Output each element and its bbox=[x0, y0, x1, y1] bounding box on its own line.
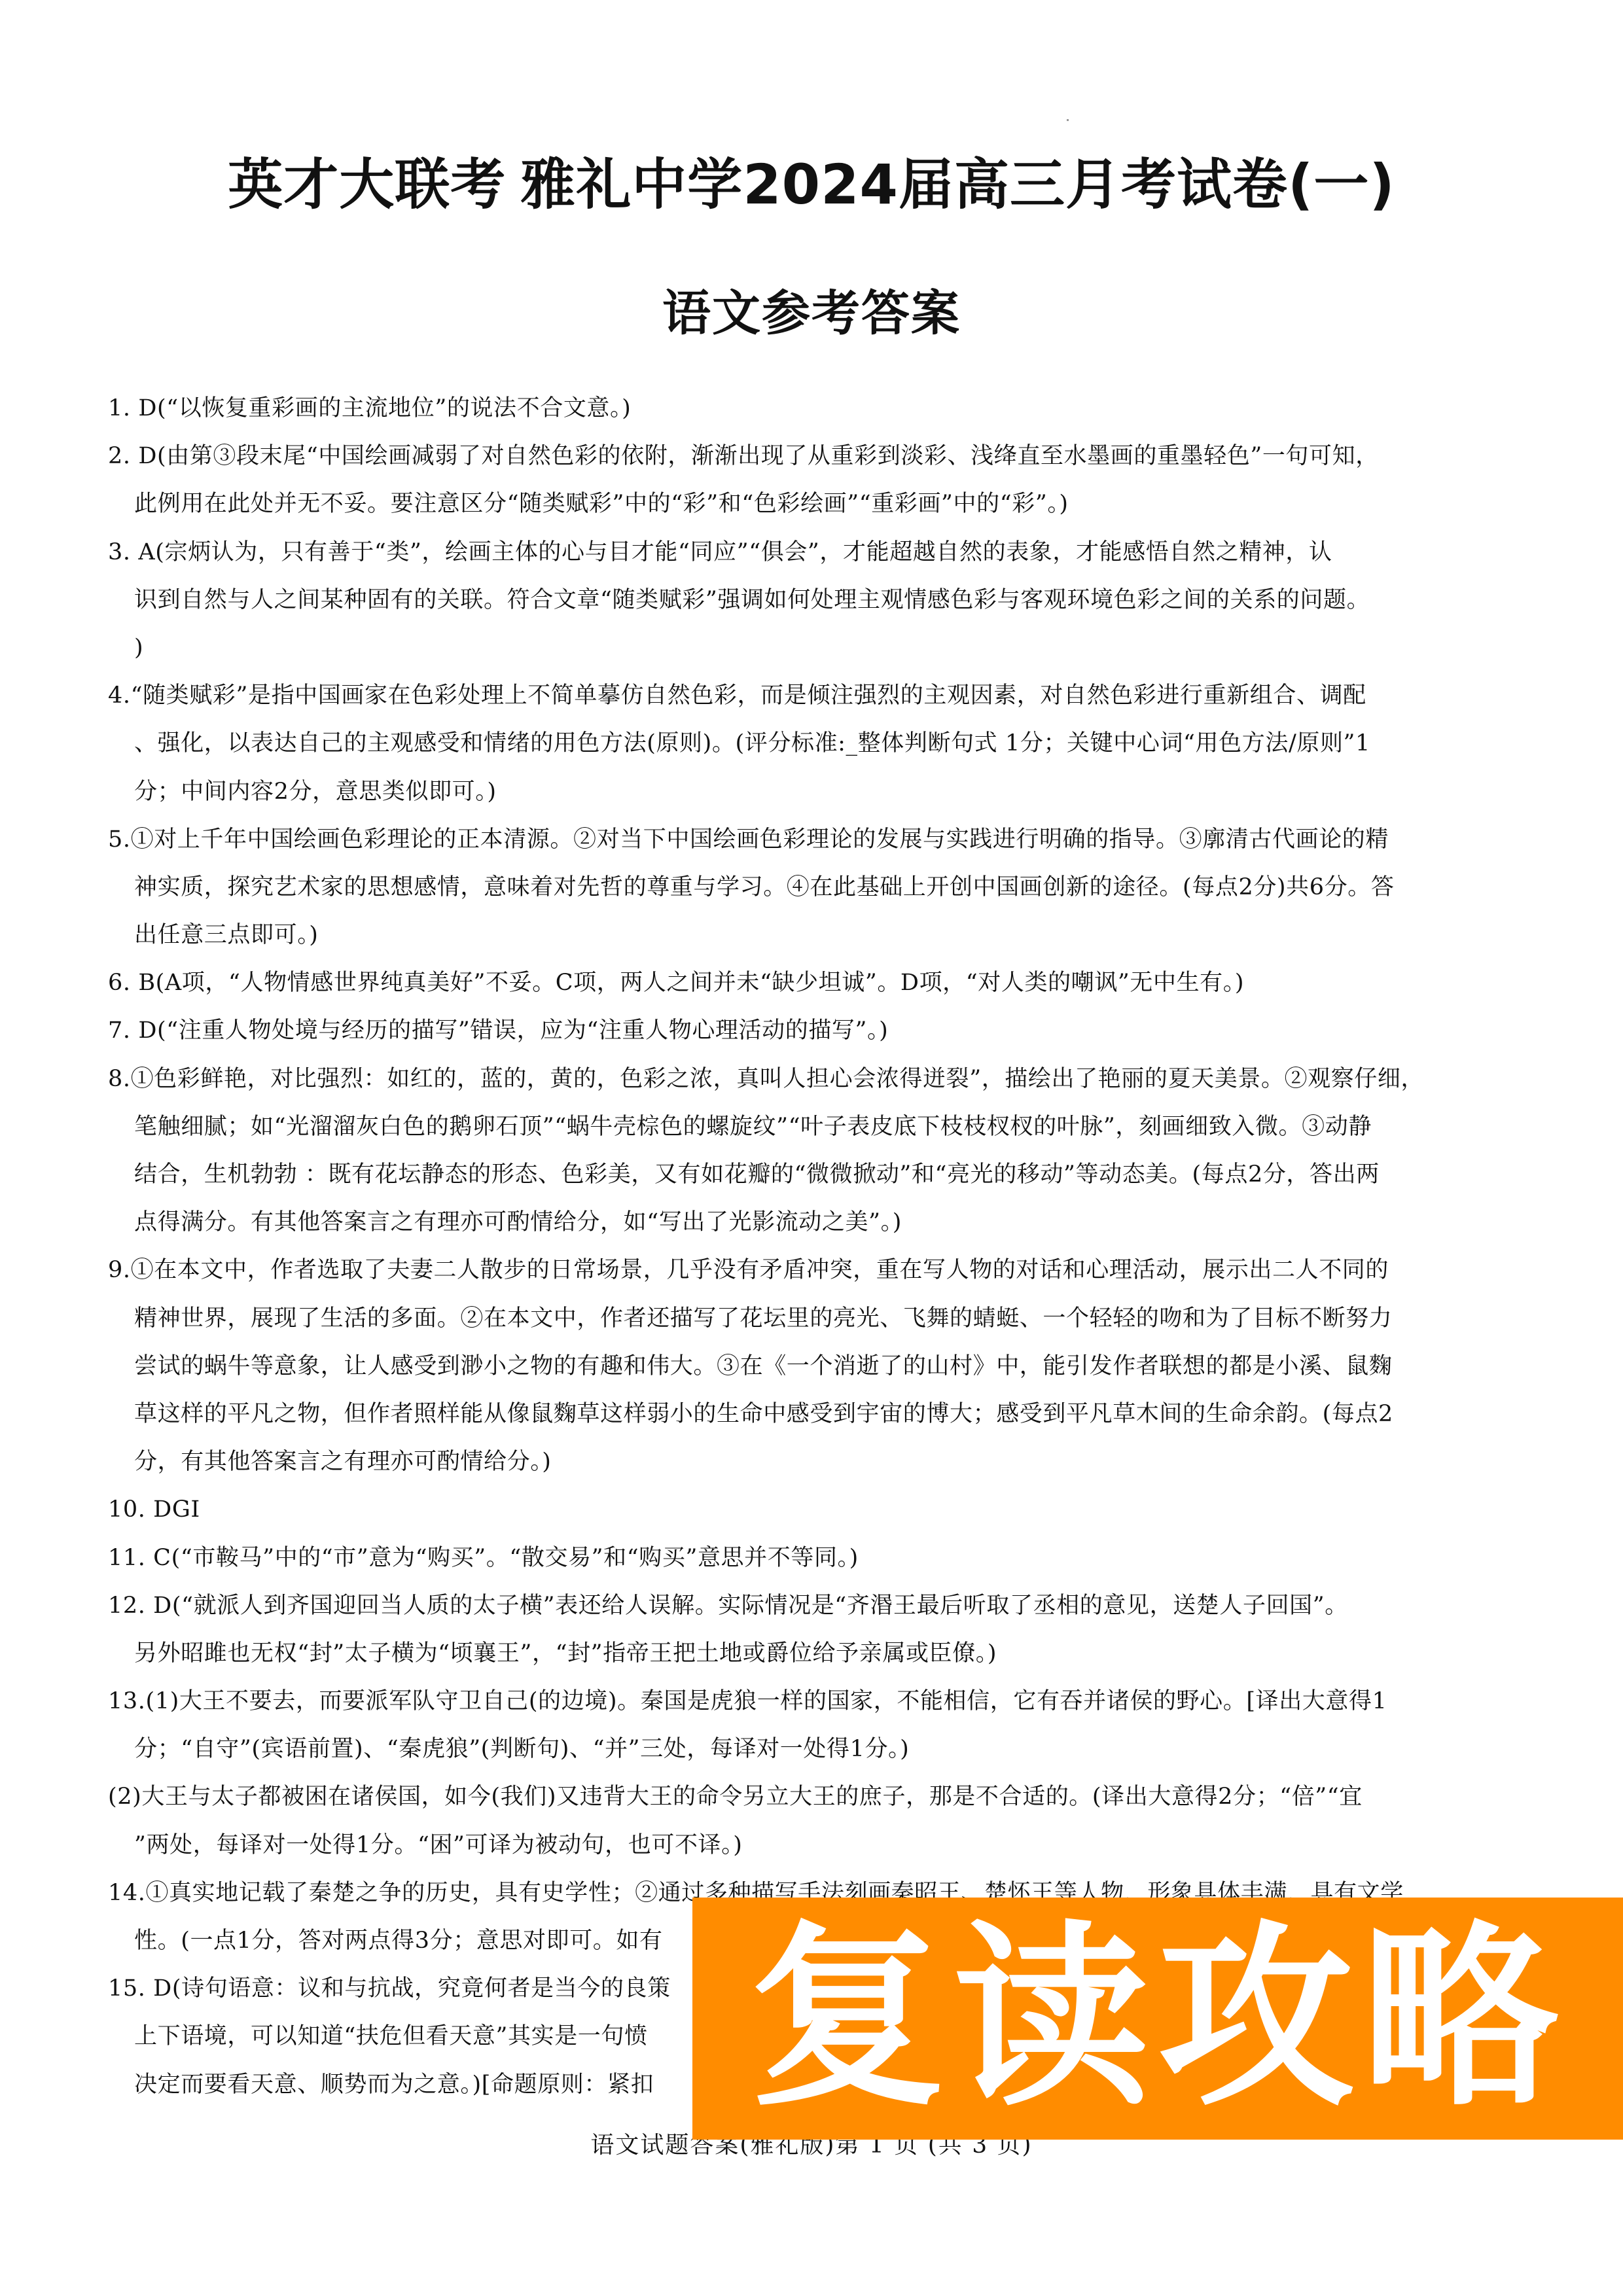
answer-line: 10. DGI bbox=[108, 1486, 1522, 1534]
answer-line-continuation: 神实质，探究艺术家的思想感情，意味着对先哲的尊重与学习。④在此基础上开创中国画创… bbox=[108, 864, 1522, 911]
answer-line-continuation: 结合，生机勃勃 ：既有花坛静态的形态、色彩美，又有如花瓣的“微微掀动”和“亮光的… bbox=[108, 1151, 1522, 1199]
answer-line: 7. D(“注重人物处境与经历的描写”错误，应为“注重人物心理活动的描写”。) bbox=[108, 1007, 1522, 1055]
answer-line-continuation: 草这样的平凡之物，但作者照样能从像鼠麴草这样弱小的生命中感受到宇宙的博大；感受到… bbox=[108, 1390, 1522, 1438]
answer-line-continuation: 精神世界，展现了生活的多面。②在本文中，作者还描写了花坛里的亮光、飞舞的蜻蜓、一… bbox=[108, 1295, 1522, 1343]
answer-line: 3. A(宗炳认为，只有善于“类”，绘画主体的心与目才能“同应”“俱会”，才能超… bbox=[108, 529, 1522, 576]
answer-line-continuation: 笔触细腻；如“光溜溜灰白色的鹅卵石顶”“蜗牛壳棕色的螺旋纹”“叶子表皮底下枝枝杈… bbox=[108, 1103, 1522, 1151]
answer-line-continuation: ) bbox=[108, 624, 1522, 672]
answer-line-continuation: 、强化，以表达自己的主观感受和情绪的用色方法(原则)。(评分标准:_整体判断句式… bbox=[108, 720, 1522, 768]
answer-line: 1. D(“以恢复重彩画的主流地位”的说法不合文意。) bbox=[108, 385, 1522, 433]
answer-line-continuation: 分，有其他答案言之有理亦可酌情给分。) bbox=[108, 1438, 1522, 1486]
banner-text: 复读攻略 bbox=[749, 1920, 1566, 2117]
answer-line-continuation: 尝试的蜗牛等意象，让人感受到渺小之物的有趣和伟大。③在《一个消逝了的山村》中，能… bbox=[108, 1343, 1522, 1390]
answer-line-continuation: 此例用在此处并无不妥。要注意区分“随类赋彩”中的“彩”和“色彩绘画”“重彩画”中… bbox=[108, 480, 1522, 528]
answer-line: 2. D(由第③段末尾“中国绘画减弱了对自然色彩的依附，渐渐出现了从重彩到淡彩、… bbox=[108, 433, 1522, 480]
title-brand: 英才大联考 bbox=[228, 152, 506, 217]
page-title: 英才大联考雅礼中学2024届高三月考试卷(一) bbox=[0, 141, 1623, 220]
answer-line: 9.①在本文中，作者选取了夫妻二人散步的日常场景，几乎没有矛盾冲突，重在写人物的… bbox=[108, 1246, 1522, 1294]
answer-line: (2)大王与太子都被困在诸侯国，如今(我们)又违背大王的命令另立大王的庶子，那是… bbox=[108, 1773, 1522, 1821]
page-subtitle: 语文参考答案 bbox=[0, 275, 1623, 344]
answer-line: 5.①对上千年中国绘画色彩理论的正本清源。②对当下中国绘画色彩理论的发展与实践进… bbox=[108, 816, 1522, 864]
answer-line: 4.“随类赋彩”是指中国画家在色彩处理上不简单摹仿自然色彩，而是倾注强烈的主观因… bbox=[108, 672, 1522, 720]
title-text: 雅礼中学2024届高三月考试卷(一) bbox=[520, 152, 1395, 217]
answer-line-continuation: 点得满分。有其他答案言之有理亦可酌情给分，如“写出了光影流动之美”。) bbox=[108, 1199, 1522, 1246]
answer-line: 13.(1)大王不要去，而要派军队守卫自己(的边境)。秦国是虎狼一样的国家，不能… bbox=[108, 1678, 1522, 1725]
watermark-banner: 复读攻略 bbox=[692, 1898, 1623, 2140]
answer-line-continuation: 识到自然与人之间某种固有的关联。符合文章“随类赋彩”强调如何处理主观情感色彩与客… bbox=[108, 576, 1522, 624]
answer-line-continuation: ”两处，每译对一处得1分。“困”可译为被动句，也可不译。) bbox=[108, 1822, 1522, 1869]
answer-line-continuation: 分；“自守”(宾语前置)、“秦虎狼”(判断句)、“并”三处，每译对一处得1分。) bbox=[108, 1725, 1522, 1773]
answer-line-continuation: 出任意三点即可。) bbox=[108, 911, 1522, 959]
answer-line: 6. B(A项，“人物情感世界纯真美好”不妥。C项，两人之间并未“缺少坦诚”。D… bbox=[108, 959, 1522, 1007]
answer-line-continuation: 另外昭雎也无权“封”太子横为“顷襄王”，“封”指帝王把土地或爵位给予亲属或臣僚。… bbox=[108, 1630, 1522, 1678]
answer-line: 12. D(“就派人到齐国迎回当人质的太子横”表还给人误解。实际情况是“齐湣王最… bbox=[108, 1582, 1522, 1630]
answer-line: 8.①色彩鲜艳，对比强烈：如红的，蓝的，黄的，色彩之浓，真叫人担心会浓得迸裂”，… bbox=[108, 1055, 1522, 1103]
answer-line: 11. C(“市鞍马”中的“市”意为“购买”。“散交易”和“购买”意思并不等同。… bbox=[108, 1534, 1522, 1582]
answer-line-continuation: 分；中间内容2分，意思类似即可。) bbox=[108, 768, 1522, 816]
answer-list: 1. D(“以恢复重彩画的主流地位”的说法不合文意。)2. D(由第③段末尾“中… bbox=[108, 385, 1522, 2109]
scan-speck bbox=[1067, 119, 1069, 121]
